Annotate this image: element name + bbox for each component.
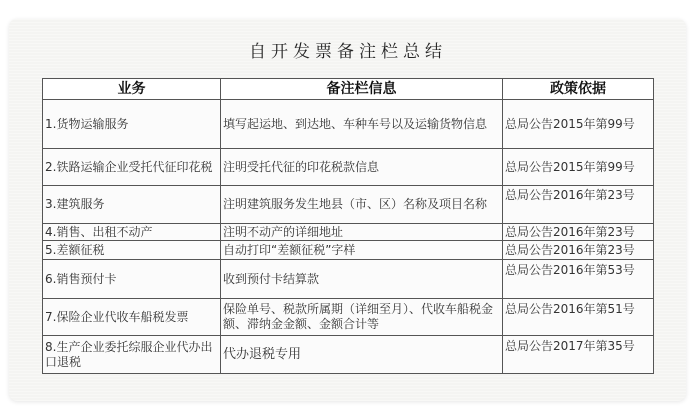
policy-cell: 总局公告2015年第99号 [503, 100, 654, 149]
business-cell: 8.生产企业委托综服企业代办出口退税 [43, 336, 221, 374]
policy-cell: 总局公告2015年第99号 [503, 149, 654, 186]
remark-cell: 代办退税专用 [221, 336, 503, 374]
business-cell: 7.保险企业代收车船税发票 [43, 299, 221, 336]
business-cell: 5.差额征税 [43, 241, 221, 260]
policy-cell: 总局公告2016年第51号 [503, 299, 654, 336]
policy-cell: 总局公告2016年第23号 [503, 186, 654, 224]
table-row: 7.保险企业代收车船税发票 保险单号、税款所属期（详细至月）、代收车船税金额、滞… [43, 299, 654, 336]
business-cell: 4.销售、出租不动产 [43, 224, 221, 241]
policy-cell: 总局公告2016年第53号 [503, 260, 654, 299]
table-row: 3.建筑服务 注明建筑服务发生地县（市、区）名称及项目名称 总局公告2016年第… [43, 186, 654, 224]
remark-cell: 保险单号、税款所属期（详细至月）、代收车船税金额、滞纳金金额、金额合计等 [221, 299, 503, 336]
remark-cell: 注明不动产的详细地址 [221, 224, 503, 241]
remark-cell: 自动打印“差额征税”字样 [221, 241, 503, 260]
policy-cell: 总局公告2017年第35号 [503, 336, 654, 374]
invoice-remark-table: 业务 备注栏信息 政策依据 1.货物运输服务 填写起运地、到达地、车种车号以及运… [42, 78, 654, 374]
table-row: 2.铁路运输企业受托代征印花税 注明受托代征的印花税款信息 总局公告2015年第… [43, 149, 654, 186]
business-cell: 3.建筑服务 [43, 186, 221, 224]
header-business: 业务 [43, 79, 221, 100]
remark-cell: 注明受托代征的印花税款信息 [221, 149, 503, 186]
page-title: 自开发票备注栏总结 [0, 42, 696, 62]
table-row: 4.销售、出租不动产 注明不动产的详细地址 总局公告2016年第23号 [43, 224, 654, 241]
policy-cell: 总局公告2016年第23号 [503, 241, 654, 260]
business-cell: 2.铁路运输企业受托代征印花税 [43, 149, 221, 186]
table-row: 5.差额征税 自动打印“差额征税”字样 总局公告2016年第23号 [43, 241, 654, 260]
remark-cell: 收到预付卡结算款 [221, 260, 503, 299]
remark-cell: 注明建筑服务发生地县（市、区）名称及项目名称 [221, 186, 503, 224]
table-row: 8.生产企业委托综服企业代办出口退税 代办退税专用 总局公告2017年第35号 [43, 336, 654, 374]
policy-cell: 总局公告2016年第23号 [503, 224, 654, 241]
table-header-row: 业务 备注栏信息 政策依据 [43, 79, 654, 100]
remark-cell: 填写起运地、到达地、车种车号以及运输货物信息 [221, 100, 503, 149]
business-cell: 1.货物运输服务 [43, 100, 221, 149]
business-cell: 6.销售预付卡 [43, 260, 221, 299]
header-policy-basis: 政策依据 [503, 79, 654, 100]
table-row: 1.货物运输服务 填写起运地、到达地、车种车号以及运输货物信息 总局公告2015… [43, 100, 654, 149]
header-remark-info: 备注栏信息 [221, 79, 503, 100]
table-row: 6.销售预付卡 收到预付卡结算款 总局公告2016年第53号 [43, 260, 654, 299]
